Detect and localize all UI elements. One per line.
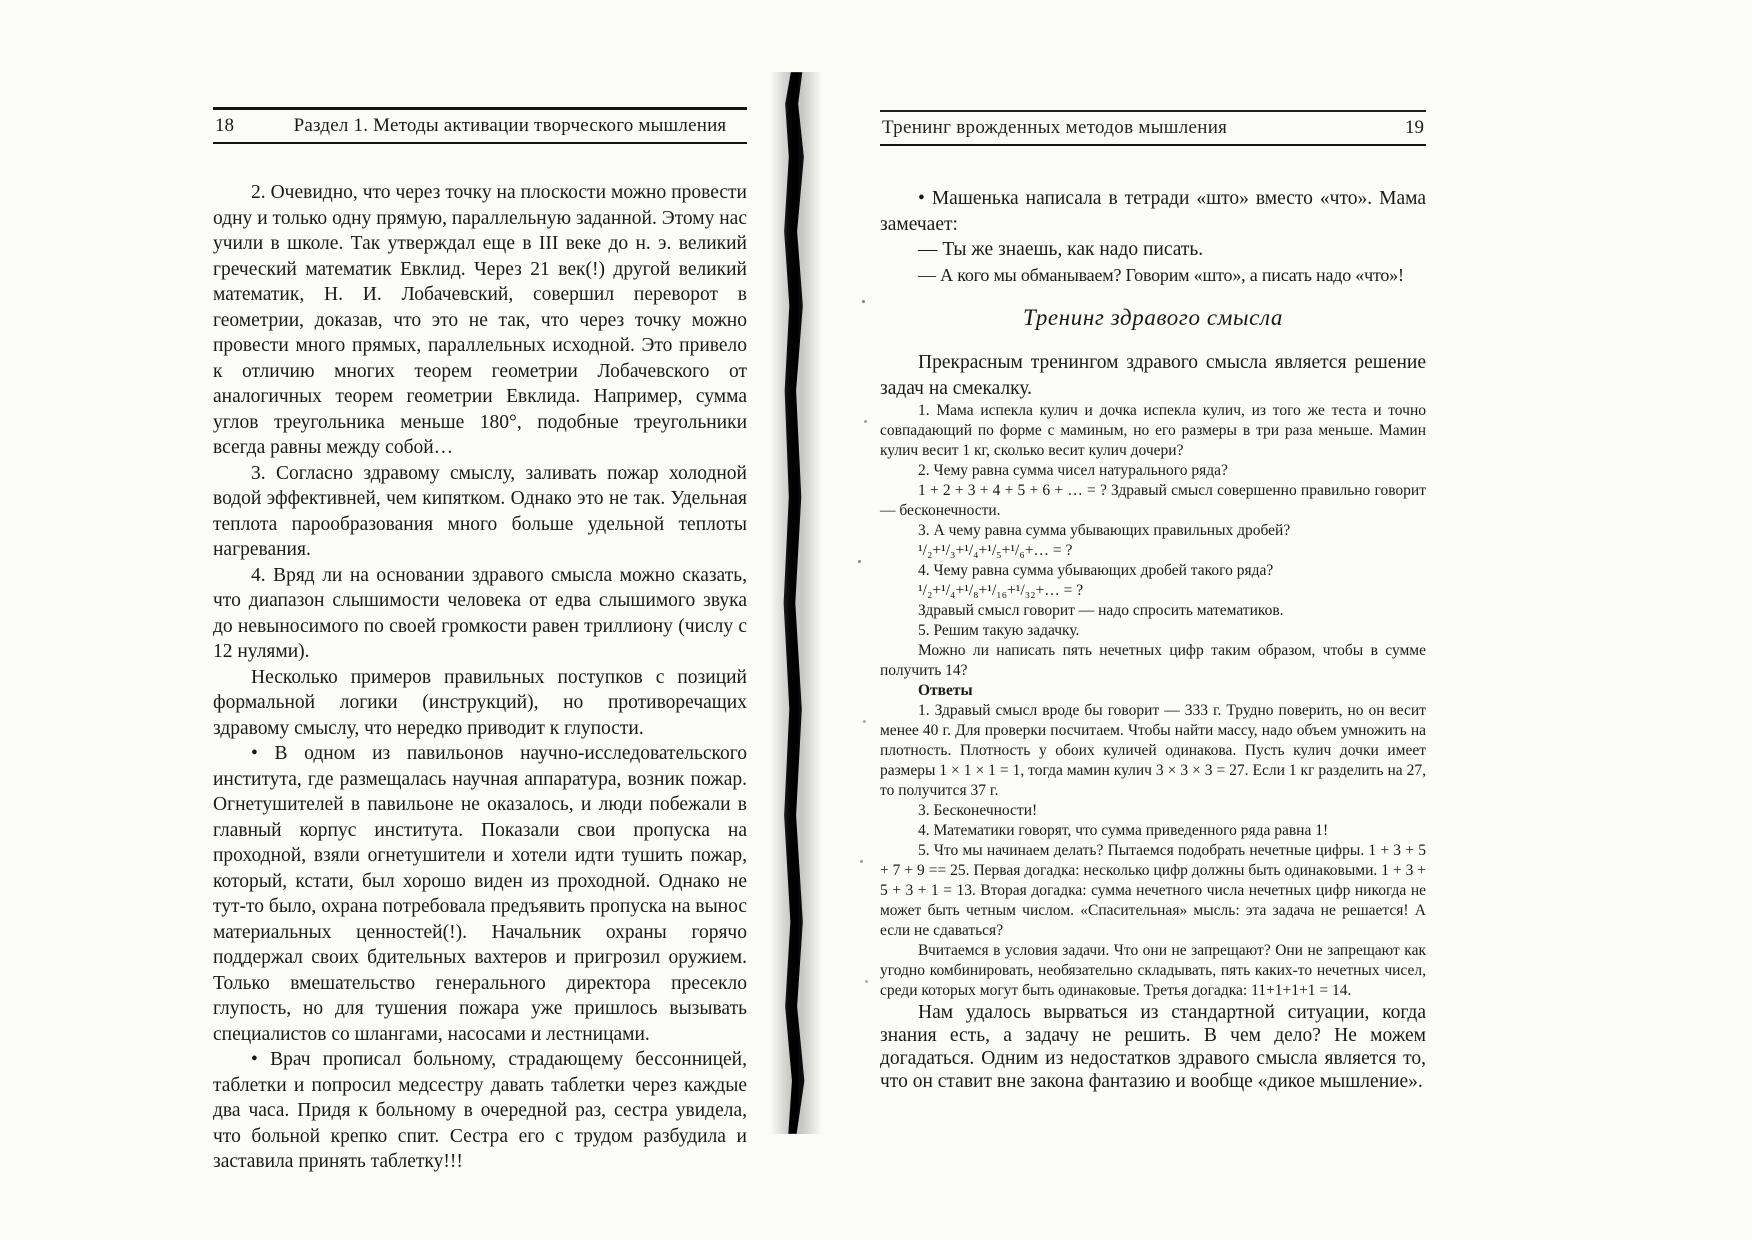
right-page: Тренинг врожденных методов мышления 19 •… xyxy=(880,110,1426,1093)
paragraph: 1 + 2 + 3 + 4 + 5 + 6 + … = ? Здравый см… xyxy=(880,481,1426,521)
running-title-left: Раздел 1. Методы активации творческого м… xyxy=(275,115,745,137)
right-running-head: Тренинг врожденных методов мышления 19 xyxy=(880,110,1426,146)
answers-label: Ответы xyxy=(880,681,1426,701)
paragraph: 1. Мама испекла кулич и дочка испекла ку… xyxy=(880,401,1426,461)
paragraph: 5. Что мы начинаем делать? Пытаемся подо… xyxy=(880,841,1426,941)
running-title-right: Тренинг врожденных методов мышления xyxy=(882,117,1364,139)
section-heading: Тренинг здравого смысла xyxy=(880,304,1426,332)
paragraph: 3. Бесконечности! xyxy=(880,801,1426,821)
paragraph: • В одном из павильонов научно-исследова… xyxy=(213,741,747,1047)
page-number-left: 18 xyxy=(215,115,275,137)
page-number-right: 19 xyxy=(1364,117,1424,139)
right-page-body: • Машенька написала в тетради «што» вмес… xyxy=(880,186,1426,1093)
paragraph: — А кого мы обманываем? Говорим «што», а… xyxy=(880,263,1426,289)
left-running-head: 18 Раздел 1. Методы активации творческог… xyxy=(213,107,747,144)
paragraph: — Ты же знаешь, как надо писать. xyxy=(880,237,1426,263)
paragraph: 4. Математики говорят, что сумма приведе… xyxy=(880,821,1426,841)
paragraph: 2. Очевидно, что через точку на плоскост… xyxy=(213,180,747,461)
paragraph: • Машенька написала в тетради «што» вмес… xyxy=(880,186,1426,237)
paragraph: • Врач прописал больному, страдающему бе… xyxy=(213,1047,747,1175)
paragraph: 5. Решим такую задачку. xyxy=(880,621,1426,641)
paragraph: 2. Чему равна сумма чисел натурального р… xyxy=(880,461,1426,481)
formula-harmonic-series: ¹/₂+¹/₃+¹/₄+¹/₅+¹/₆+… = ? xyxy=(880,541,1426,561)
paragraph: Можно ли написать пять нечетных цифр так… xyxy=(880,641,1426,681)
paragraph: Вчитаемся в условия задачи. Что они не з… xyxy=(880,941,1426,1001)
paragraph: 3. А чему равна сумма убывающих правильн… xyxy=(880,521,1426,541)
left-page: 18 Раздел 1. Методы активации творческог… xyxy=(213,107,747,1175)
paragraph: Несколько примеров правильных поступков … xyxy=(213,665,747,742)
book-scan: 18 Раздел 1. Методы активации творческог… xyxy=(0,0,1752,1240)
left-page-body: 2. Очевидно, что через точку на плоскост… xyxy=(213,180,747,1175)
scan-specks xyxy=(862,300,865,303)
paragraph: Нам удалось вырваться из стандартной сит… xyxy=(880,1001,1426,1093)
formula-geometric-series: ¹/₂+¹/₄+¹/₈+¹/₁₆+¹/₃₂+… = ? xyxy=(880,581,1426,601)
paragraph: Прекрасным тренингом здравого смысла явл… xyxy=(880,350,1426,401)
paragraph: Здравый смысл говорит — надо спросить ма… xyxy=(880,601,1426,621)
paragraph: 1. Здравый смысл вроде бы говорит — 333 … xyxy=(880,701,1426,801)
paragraph: 4. Вряд ли на основании здравого смысла … xyxy=(213,563,747,665)
paragraph: 3. Согласно здравому смыслу, заливать по… xyxy=(213,461,747,563)
paragraph: 4. Чему равна сумма убывающих дробей так… xyxy=(880,561,1426,581)
